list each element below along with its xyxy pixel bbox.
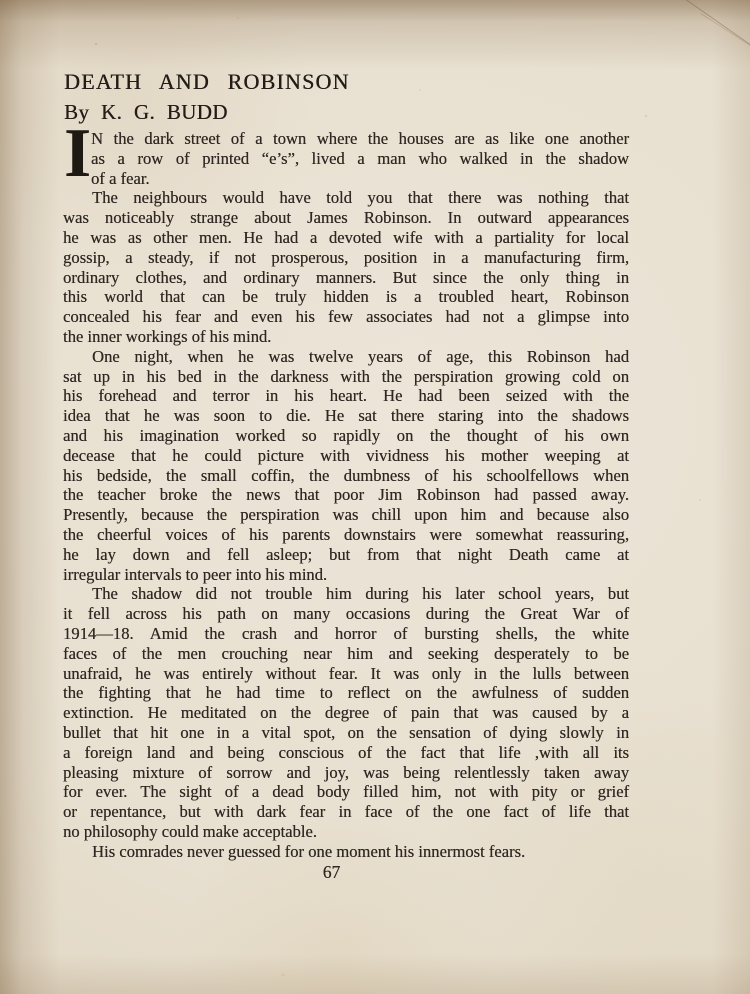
paragraph: The neighbours would have told you that … — [63, 188, 629, 346]
body-text: IN the dark street of a town where the h… — [63, 129, 629, 861]
page-number: 67 — [63, 862, 600, 883]
text-line: he was as other men. He had a devoted wi… — [63, 228, 629, 248]
text-line: he lay down and fell asleep; but from th… — [63, 545, 629, 565]
text-line: of a fear. — [91, 169, 629, 189]
text-line: the inner workings of his mind. — [63, 327, 629, 347]
text-line: his forehead and terror in his heart. He… — [63, 386, 629, 406]
text-line: it fell across his path on many occasion… — [63, 604, 629, 624]
paragraph: His comrades never guessed for one momen… — [63, 842, 629, 862]
text-line: the cheerful voices of his parents downs… — [63, 525, 629, 545]
paragraph: IN the dark street of a town where the h… — [63, 129, 629, 188]
text-line: sat up in his bed in the darkness with t… — [63, 367, 629, 387]
text-line: N the dark street of a town where the ho… — [91, 129, 629, 149]
text-line: Presently, because the perspiration was … — [63, 505, 629, 525]
text-line: idea that he was soon to die. He sat the… — [63, 406, 629, 426]
text-line: The neighbours would have told you that … — [63, 188, 629, 208]
drop-cap: I — [64, 130, 88, 178]
text-line: The shadow did not trouble him during hi… — [63, 584, 629, 604]
story-title: DEATH AND ROBINSON — [64, 70, 350, 94]
text-line: bullet that hit one in a vital spot, on … — [63, 723, 629, 743]
text-line: One night, when he was twelve years of a… — [63, 347, 629, 367]
scanned-book-page: DEATH AND ROBINSON By K. G. BUDD IN the … — [0, 0, 750, 994]
text-line: his bedside, the small coffin, the dumbn… — [63, 466, 629, 486]
text-line: extinction. He meditated on the degree o… — [63, 703, 629, 723]
text-line: concealed his fear and even his few asso… — [63, 307, 629, 327]
text-line: His comrades never guessed for one momen… — [63, 842, 629, 862]
text-line: the teacher broke the news that poor Jim… — [63, 485, 629, 505]
text-line: or repentance, but with dark fear in fac… — [63, 802, 629, 822]
text-line: for ever. The sight of a dead body fille… — [63, 782, 629, 802]
text-line: pleasing mixture of sorrow and joy, was … — [63, 763, 629, 783]
text-line: faces of the men crouching near him and … — [63, 644, 629, 664]
text-line: this world that can be truly hidden is a… — [63, 287, 629, 307]
text-line: no philosophy could make acceptable. — [63, 822, 629, 842]
text-line: unafraid, he was entirely without fear. … — [63, 664, 629, 684]
text-line: the fighting that he had time to reflect… — [63, 683, 629, 703]
text-line: gossip, a steady, if not prosperous, pos… — [63, 248, 629, 268]
text-line: was noticeably strange about James Robin… — [63, 208, 629, 228]
paragraph: The shadow did not trouble him during hi… — [63, 584, 629, 841]
text-line: as a row of printed “e’s”, lived a man w… — [91, 149, 629, 169]
text-line: ordinary clothes, and ordinary manners. … — [63, 268, 629, 288]
text-line: decease that he could picture with vivid… — [63, 446, 629, 466]
text-line: a foreign land and being conscious of th… — [63, 743, 629, 763]
paragraph: One night, when he was twelve years of a… — [63, 347, 629, 585]
text-line: and his imagination worked so rapidly on… — [63, 426, 629, 446]
page-corner-crease-echo — [700, 13, 750, 48]
text-line: 1914—18. Amid the crash and horror of bu… — [63, 624, 629, 644]
text-line: irregular intervals to peer into his min… — [63, 565, 629, 585]
